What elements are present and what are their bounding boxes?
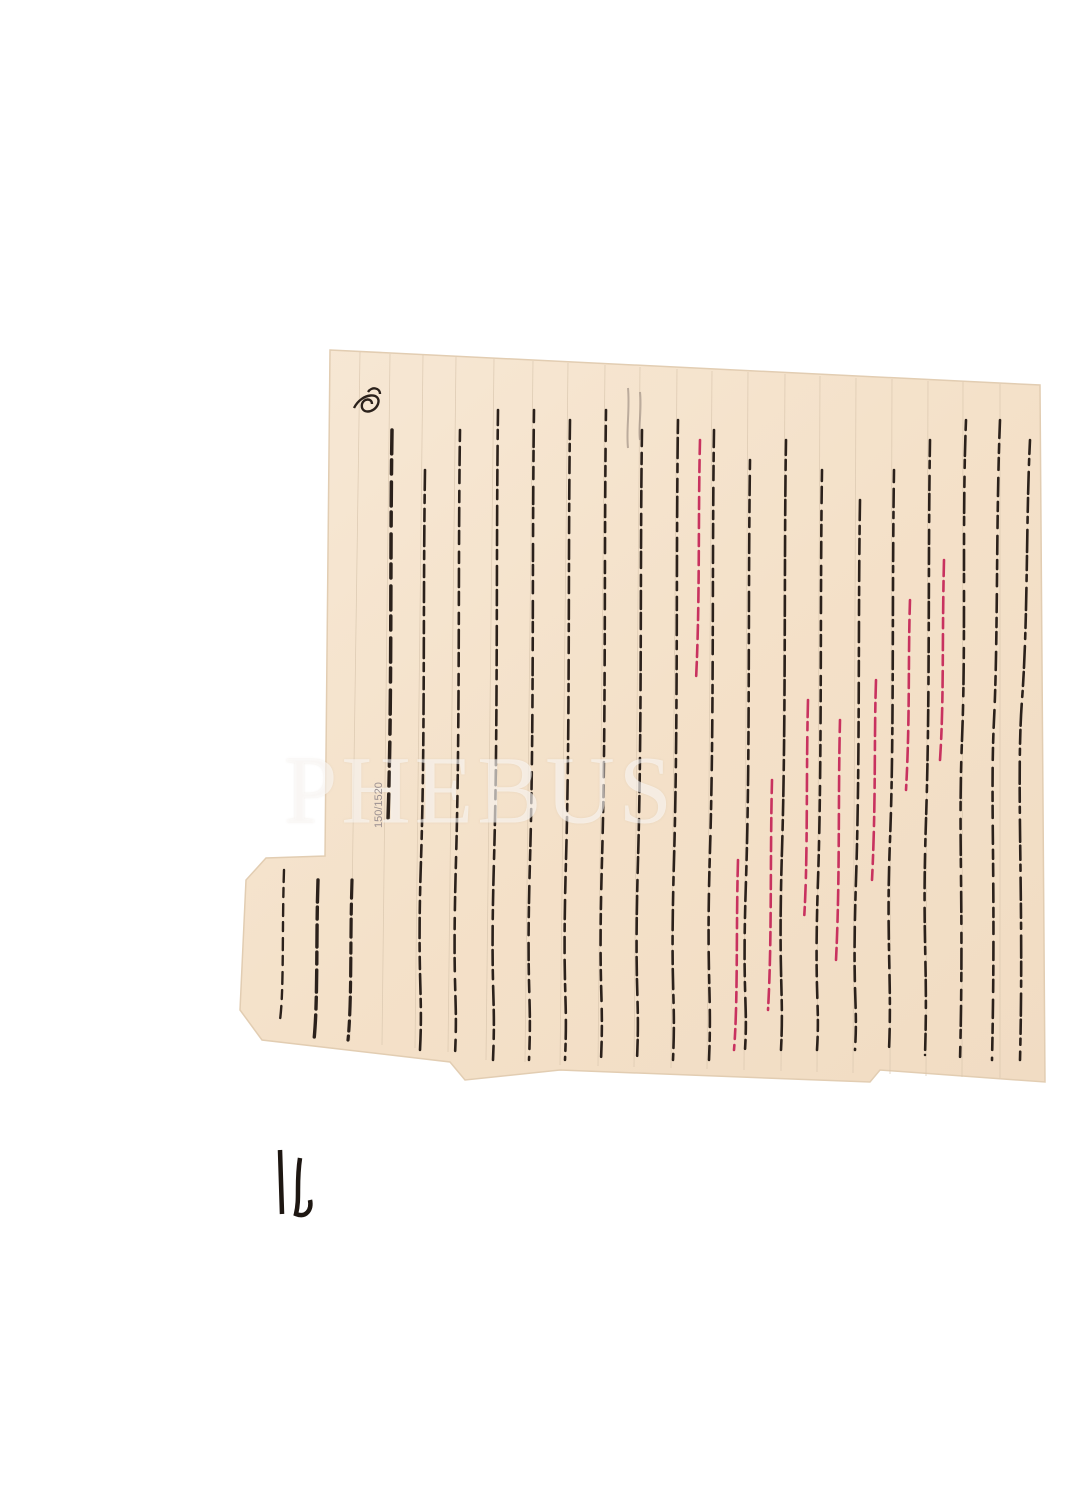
scan-page: PHEBUS 150/1520 (0, 0, 1070, 1500)
manuscript-sheet (0, 0, 1070, 1500)
catalog-number: 150/1520 (373, 782, 385, 828)
